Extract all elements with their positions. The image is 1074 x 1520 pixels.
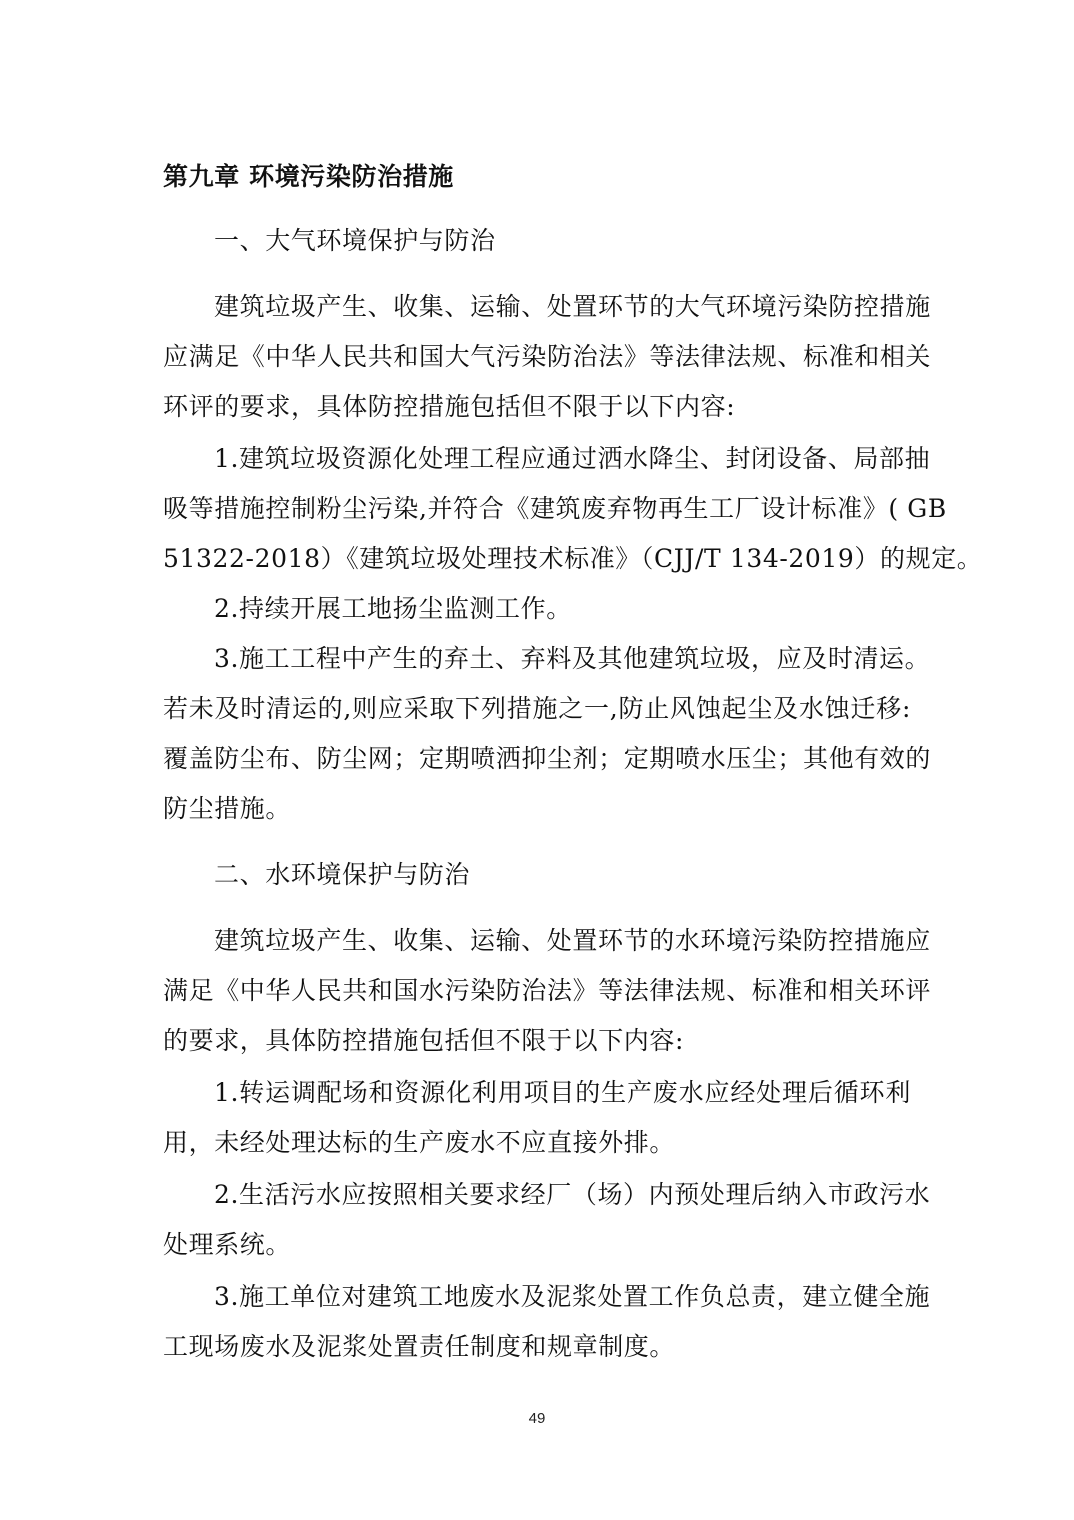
document-page: 第九章 环境污染防治措施 一、大气环境保护与防治 建筑垃圾产生、收集、运输、处置… (0, 0, 1074, 1520)
list-item-line: 3.施工单位对建筑工地废水及泥浆处置工作负总责，建立健全施 (214, 1280, 911, 1314)
list-item-line: 吸等措施控制粉尘污染,并符合《建筑废弃物再生工厂设计标准》( GB (163, 492, 911, 526)
list-item-line: 覆盖防尘布、防尘网；定期喷洒抑尘剂；定期喷水压尘；其他有效的 (163, 742, 911, 776)
list-item-line: 工现场废水及泥浆处置责任制度和规章制度。 (163, 1330, 913, 1364)
list-item-line: 2.生活污水应按照相关要求经厂（场）内预处理后纳入市政污水 (214, 1178, 911, 1212)
paragraph-line: 的要求，具体防控措施包括但不限于以下内容: (163, 1024, 913, 1058)
list-item-line: 处理系统。 (163, 1228, 913, 1262)
section-heading-water: 二、水环境保护与防治 (214, 858, 964, 892)
list-item-line: 51322-2018）《建筑垃圾处理技术标准》（CJJ/T 134-2019）的… (163, 542, 911, 576)
list-item-line: 3.施工工程中产生的弃土、弃料及其他建筑垃圾，应及时清运。 (214, 642, 911, 676)
section-heading-air: 一、大气环境保护与防治 (214, 224, 964, 258)
paragraph-line: 建筑垃圾产生、收集、运输、处置环节的大气环境污染防控措施 (214, 290, 911, 324)
list-item-line: 2.持续开展工地扬尘监测工作。 (214, 592, 964, 626)
paragraph-line: 环评的要求，具体防控措施包括但不限于以下内容: (163, 390, 913, 424)
list-item-line: 若未及时清运的,则应采取下列措施之一,防止风蚀起尘及水蚀迁移: (163, 692, 911, 726)
chapter-title: 第九章 环境污染防治措施 (163, 160, 913, 194)
page-number: 49 (0, 1410, 1074, 1427)
paragraph-line: 满足《中华人民共和国水污染防治法》等法律法规、标准和相关环评 (163, 974, 911, 1008)
paragraph-line: 应满足《中华人民共和国大气污染防治法》等法律法规、标准和相关 (163, 340, 911, 374)
list-item-line: 1.转运调配场和资源化利用项目的生产废水应经处理后循环利 (214, 1076, 911, 1110)
list-item-line: 用，未经处理达标的生产废水不应直接外排。 (163, 1126, 913, 1160)
list-item-line: 1.建筑垃圾资源化处理工程应通过洒水降尘、封闭设备、局部抽 (214, 442, 911, 476)
list-item-line: 防尘措施。 (163, 792, 913, 826)
paragraph-line: 建筑垃圾产生、收集、运输、处置环节的水环境污染防控措施应 (214, 924, 911, 958)
